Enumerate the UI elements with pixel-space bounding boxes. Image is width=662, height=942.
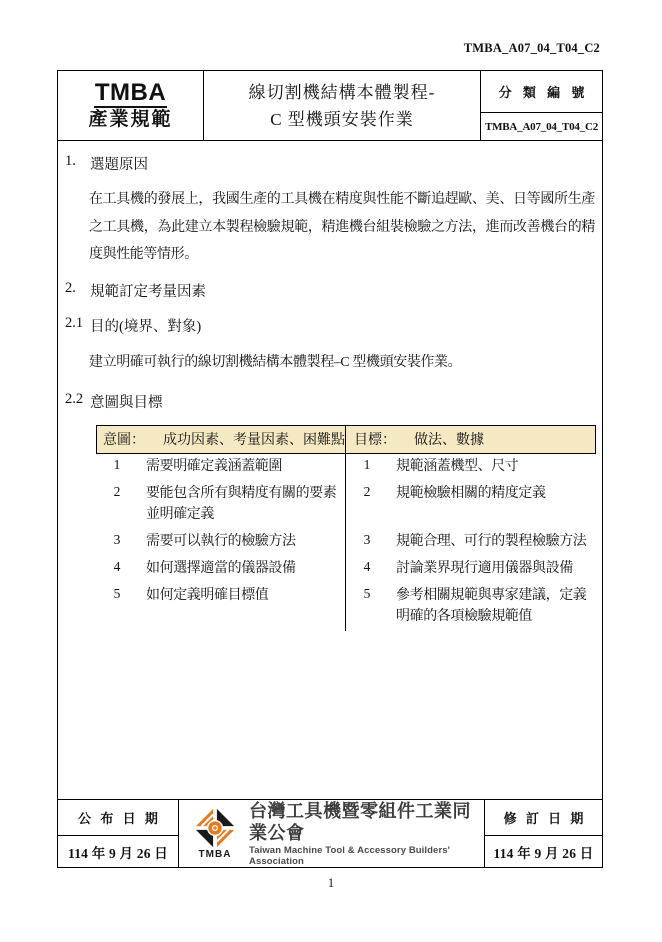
section-number: 2.2 [65,391,90,412]
header-table: TMBA 產業規範 線切割機結構本體製程- C 型機頭安裝作業 分 類 編 號 … [58,71,602,141]
row-number: 1 [346,456,388,473]
goal-text: 規範涵蓋機型、尺寸 [396,456,596,477]
row-number: 2 [96,483,138,500]
goal-header-text: 做法、數據 [414,433,484,448]
association-name-en: Taiwan Machine Tool & Accessory Builders… [249,845,484,867]
intent-label: 意圖： [103,433,145,448]
goal-text: 規範合理、可行的製程檢驗方法 [396,531,596,552]
table-row: 1需要明確定義涵蓋範圍 1規範涵蓋機型、尺寸 [96,454,596,481]
intent-text: 如何定義明確目標值 [146,585,345,606]
section-2-2-heading: 2.2 意圖與目標 [58,391,602,412]
tmba-footer-logo: TMBA [189,807,241,860]
table-row: 3需要可以執行的檢驗方法 3規範合理、可行的製程檢驗方法 [96,529,596,556]
content-frame: TMBA 產業規範 線切割機結構本體製程- C 型機頭安裝作業 分 類 編 號 … [57,70,603,868]
section-number: 2. [65,280,90,301]
table-row: 4如何選擇適當的儀器設備 4討論業界現行適用儀器與設備 [96,556,596,583]
revision-date-value: 114 年 9 月 26 日 [485,836,602,867]
footer-table: 公 布 日 期 114 年 9 月 26 日 [58,799,602,867]
goal-label: 目標： [354,433,396,448]
section-title: 規範訂定考量因素 [90,280,206,301]
goal-text: 討論業界現行適用儀器與設備 [396,558,596,579]
intent-header-text: 成功因素、考量因素、困難點 [163,433,345,448]
section-1-heading: 1. 選題原因 [58,153,602,174]
classification-cell: 分 類 編 號 TMBA_A07_04_T04_C2 [481,71,602,140]
intent-text: 如何選擇適當的儀器設備 [146,558,345,579]
document-body: 1. 選題原因 在工具機的發展上，我國生產的工具機在精度與性能不斷追趕歐、美、日… [58,141,602,799]
section-2-1-heading: 2.1 目的(境界、對象) [58,315,602,336]
goal-text: 規範檢驗相關的精度定義 [396,483,596,504]
association-cell: TMBA 台灣工具機暨零組件工業同業公會 Taiwan Machine Tool… [179,800,484,867]
intent-header-cell: 意圖：成功因素、考量因素、困難點 [97,426,346,453]
section-title: 選題原因 [90,153,148,174]
tmba-logotype: TMBA [94,81,167,108]
goal-text: 參考相關規範與專家建議，定義明確的各項檢驗規範值 [396,585,596,627]
publish-date-label: 公 布 日 期 [58,800,178,836]
revision-date-cell: 修 訂 日 期 114 年 9 月 26 日 [484,800,602,867]
section-2-heading: 2. 規範訂定考量因素 [58,280,602,301]
page-number: 1 [0,876,662,891]
section-title: 意圖與目標 [90,391,163,412]
association-name-zh: 台灣工具機暨零組件工業同業公會 [249,800,484,844]
row-number: 1 [96,456,138,473]
table-header-row: 意圖：成功因素、考量因素、困難點 目標：做法、數據 [96,425,596,454]
classification-code: TMBA_A07_04_T04_C2 [481,113,602,140]
intent-goal-table: 意圖：成功因素、考量因素、困難點 目標：做法、數據 1需要明確定義涵蓋範圍 1規… [96,425,596,631]
row-number: 4 [96,558,138,575]
tmba-footer-logotype: TMBA [199,849,232,860]
org-name-label: 產業規範 [88,109,172,131]
tmba-logo-block: TMBA 產業規範 [58,71,204,140]
revision-date-label: 修 訂 日 期 [485,800,602,836]
row-number: 3 [346,531,388,548]
tmba-diamond-icon [194,807,236,849]
section-1-paragraph: 在工具機的發展上，我國生產的工具機在精度與性能不斷追趕歐、美、日等國所生產之工具… [89,186,595,269]
publish-date-value: 114 年 9 月 26 日 [58,836,178,867]
section-title: 目的(境界、對象) [90,315,201,336]
publish-date-cell: 公 布 日 期 114 年 9 月 26 日 [58,800,179,867]
row-number: 2 [346,483,388,500]
row-number: 3 [96,531,138,548]
section-number: 1. [65,153,90,174]
association-names: 台灣工具機暨零組件工業同業公會 Taiwan Machine Tool & Ac… [249,800,484,867]
table-row: 2要能包含所有與精度有關的要素並明確定義 2規範檢驗相關的精度定義 [96,481,596,529]
row-number: 4 [346,558,388,575]
classification-label: 分 類 編 號 [481,71,602,113]
row-number: 5 [346,585,388,602]
intent-text: 需要明確定義涵蓋範圍 [146,456,345,477]
document-title-line1: 線切割機結構本體製程- [249,79,436,106]
section-2-1-paragraph: 建立明確可執行的線切割機結構本體製程–C 型機頭安裝作業。 [89,349,595,377]
row-number: 5 [96,585,138,602]
goal-header-cell: 目標：做法、數據 [346,426,595,453]
intent-text: 需要可以執行的檢驗方法 [146,531,345,552]
intent-text: 要能包含所有與精度有關的要素並明確定義 [146,483,345,525]
document-title: 線切割機結構本體製程- C 型機頭安裝作業 [204,71,481,140]
section-number: 2.1 [65,315,90,336]
table-row: 5如何定義明確目標值 5參考相關規範與專家建議，定義明確的各項檢驗規範值 [96,583,596,631]
document-title-line2: C 型機頭安裝作業 [270,106,414,133]
document-code-header: TMBA_A07_04_T04_C2 [464,41,600,56]
